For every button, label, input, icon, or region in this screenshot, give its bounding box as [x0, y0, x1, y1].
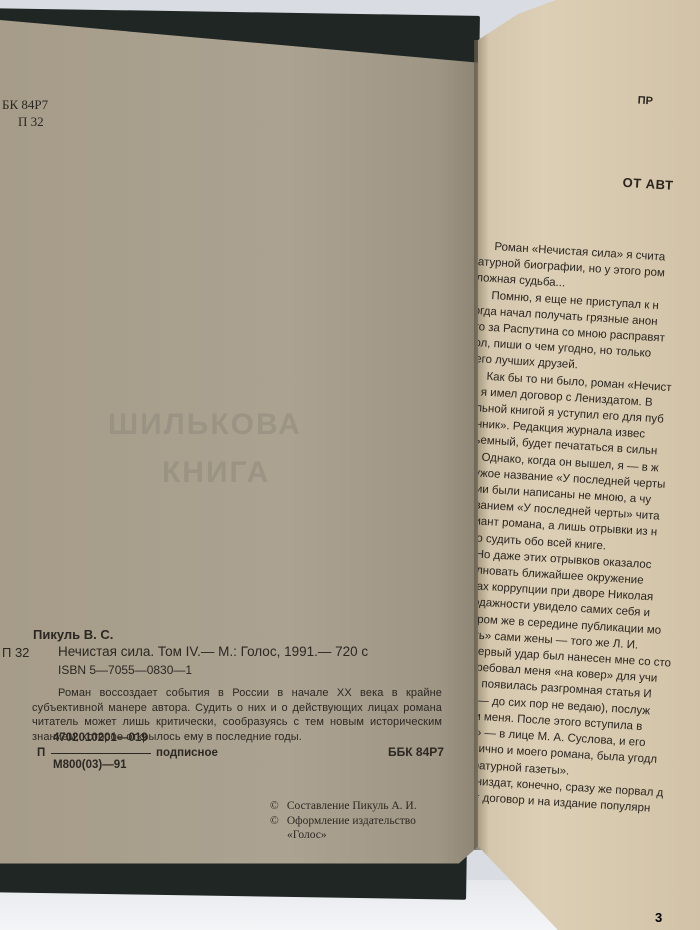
bleed-through-text: КНИГА	[162, 456, 270, 490]
bbk-code-bottom: ББК 84Р7	[388, 745, 444, 759]
copyright-line: © Составление Пикуль А. И.	[270, 799, 417, 814]
body-text: Роман «Нечистая сила» я считаратурной би…	[478, 238, 700, 824]
bbk-classification-top: БК 84Р7 П 32	[2, 96, 48, 130]
page-number: 3	[655, 910, 662, 925]
author-mark: П 32	[2, 113, 48, 130]
section-title: ОТ АВТ	[622, 175, 674, 193]
copyright-text: Оформление издательство	[287, 815, 416, 827]
isbn: ISBN 5—7055—0830—1	[58, 663, 192, 677]
copyright-text: Составление Пикуль А. И.	[287, 800, 417, 812]
author-code: П 32	[2, 645, 29, 660]
index-numerator: 4702010201—019	[53, 732, 148, 744]
right-page-text-block: ПР ОТ АВТ Роман «Нечистая сила» я считар…	[482, 90, 700, 110]
copyright-line: © Оформление издательство	[270, 814, 417, 829]
running-header: ПР	[637, 95, 653, 108]
index-letter: П	[37, 747, 45, 759]
bibliographic-title: Нечистая сила. Том IV.— М.: Голос, 1991.…	[58, 644, 368, 659]
bbk-code: БК 84Р7	[2, 96, 48, 113]
subscription-note: подписное	[156, 747, 218, 759]
bleed-through-text: ШИЛЬКОВА	[108, 408, 302, 442]
fraction-rule	[51, 753, 151, 754]
copyright-icon: ©	[270, 799, 284, 814]
publication-index: П 4702010201—019 М800(03)—91 подписное Б…	[33, 732, 453, 782]
copyright-icon: ©	[270, 814, 284, 829]
right-page: ПР ОТ АВТ Роман «Нечистая сила» я считар…	[478, 0, 700, 930]
index-denominator: М800(03)—91	[53, 759, 127, 771]
copyright-block: © Составление Пикуль А. И. © Оформление …	[270, 799, 417, 843]
copyright-text: «Голос»	[287, 829, 327, 841]
copyright-line: «Голос»	[270, 828, 417, 843]
author-name: Пикуль В. С.	[33, 627, 113, 642]
left-page: БК 84Р7 П 32 ШИЛЬКОВА КНИГА Пикуль В. С.…	[0, 20, 478, 872]
